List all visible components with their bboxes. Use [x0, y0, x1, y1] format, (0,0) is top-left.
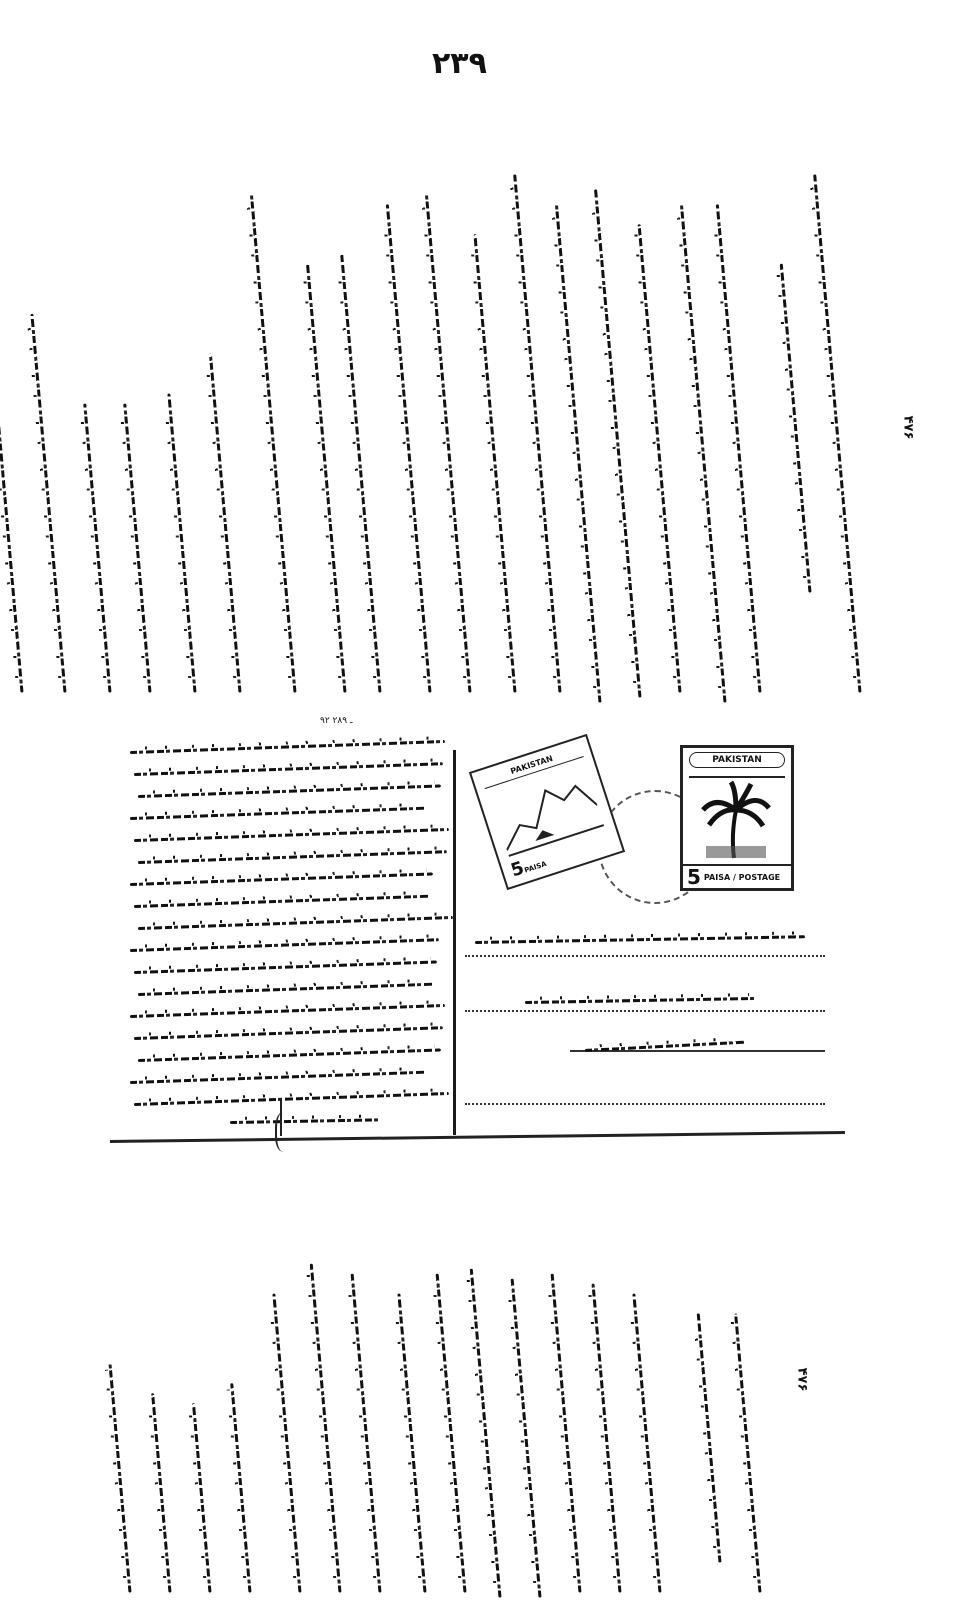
handwritten-letter-bottom — [0, 1170, 960, 1615]
handwriting-stroke — [593, 189, 642, 697]
handwriting-stroke — [249, 194, 298, 693]
handwriting-stroke — [637, 224, 683, 693]
handwriting-stroke — [472, 234, 517, 693]
handwriting-stroke — [122, 403, 152, 692]
handwriting-stroke — [0, 274, 24, 693]
handwriting-stroke — [469, 1269, 503, 1598]
handwriting-stroke — [585, 1040, 745, 1053]
handwriting-stroke — [82, 403, 112, 692]
handwriting-stroke — [138, 1047, 441, 1063]
handwriting-stroke — [107, 1363, 132, 1593]
handwriting-stroke — [339, 254, 382, 693]
stamp-denomination: 5PAISA / POSTAGE — [683, 864, 791, 888]
handwriting-stroke — [229, 1383, 252, 1593]
handwriting-stroke — [779, 264, 813, 593]
handwriting-stroke — [130, 871, 433, 887]
handwriting-stroke — [130, 937, 439, 953]
handwriting-stroke — [138, 849, 447, 865]
handwriting-stroke — [733, 1313, 762, 1592]
handwriting-stroke — [554, 204, 603, 703]
handwriting-stroke — [130, 739, 445, 755]
handwriting-stroke — [150, 1393, 172, 1593]
handwriting-stroke — [208, 354, 243, 693]
handwriting-stroke — [305, 264, 347, 693]
handwriting-stroke — [134, 959, 437, 975]
handwriting-stroke — [550, 1273, 583, 1592]
handwriting-stroke — [590, 1283, 622, 1592]
stamp-script-line — [689, 768, 785, 778]
handwriting-stroke — [138, 783, 441, 799]
stamp-country: PAKISTAN — [689, 752, 785, 768]
handwriting-stroke — [134, 894, 431, 909]
handwritten-letter-top — [0, 0, 960, 700]
handwriting-stroke — [696, 1313, 723, 1562]
handwriting-stroke — [631, 1293, 662, 1592]
handwriting-stroke — [130, 1070, 427, 1085]
handwriting-stroke — [350, 1273, 383, 1592]
stamp-palm-tree: PAKISTAN 5PAISA / POSTAGE — [680, 745, 794, 891]
handwriting-stroke — [510, 1278, 543, 1597]
handwriting-stroke — [134, 1025, 443, 1041]
handwriting-stroke — [230, 1117, 380, 1125]
postcard-message-area — [110, 720, 450, 1140]
signature-hook — [275, 1112, 295, 1152]
handwriting-stroke — [271, 1293, 302, 1592]
handwriting-stroke — [525, 996, 755, 1005]
handwriting-stroke — [130, 806, 427, 821]
handwriting-stroke — [138, 915, 453, 931]
handwriting-stroke — [424, 194, 473, 693]
handwriting-stroke — [134, 761, 443, 777]
address-line — [465, 1103, 825, 1105]
handwriting-stroke — [475, 934, 805, 945]
handwriting-stroke — [435, 1273, 468, 1592]
handwriting-stroke — [385, 204, 433, 693]
handwriting-stroke — [191, 1403, 213, 1593]
handwriting-stroke — [396, 1293, 427, 1592]
handwriting-stroke — [134, 1091, 449, 1107]
handwriting-stroke — [715, 204, 763, 693]
handwriting-stroke — [130, 1003, 445, 1019]
handwriting-stroke — [812, 174, 862, 692]
postcard: ۹۲ ـ ۲۸۹ PAKISTAN 5PAISA PAKISTAN 5PAISA… — [110, 720, 845, 1160]
postcard-divider — [453, 750, 456, 1135]
handwriting-stroke — [309, 1264, 343, 1593]
address-handwriting — [465, 920, 825, 1080]
handwriting-stroke — [166, 393, 197, 692]
handwriting-stroke — [29, 314, 67, 693]
palm-tree-icon — [701, 780, 771, 860]
handwriting-stroke — [138, 982, 435, 997]
handwriting-stroke — [134, 827, 449, 843]
